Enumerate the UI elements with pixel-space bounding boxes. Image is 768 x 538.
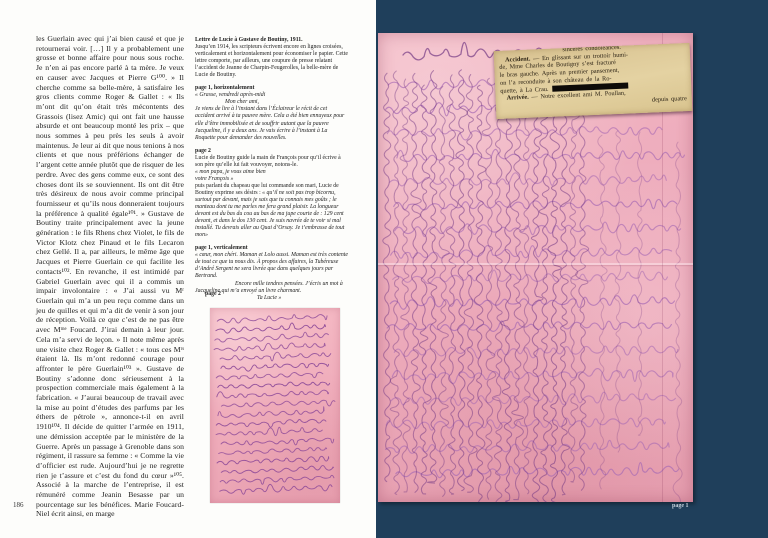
paper-crease	[378, 263, 693, 265]
caption-section-header: page 1, verticalement	[195, 245, 348, 252]
caption-column: Lettre de Lucie à Gustave de Boutiny, 19…	[195, 37, 348, 302]
caption-title: Lettre de Lucie à Gustave de Boutiny, 19…	[195, 37, 348, 44]
figure-label-page1: page 1	[672, 503, 689, 509]
caption-intro: Jusqu’en 1914, les scripteurs écrivent e…	[195, 44, 348, 79]
letter-page1-image: sincères condoléances.Accident. — En gli…	[378, 33, 693, 502]
book-spread: les Guerlain avec qui j’ai bien causé et…	[0, 0, 768, 538]
figure-label-page2: page 2	[205, 291, 221, 297]
page-number: 186	[13, 501, 24, 509]
letter-page2-image	[210, 308, 340, 503]
handwriting-scribbles-small	[208, 307, 342, 505]
photo-page: sincères condoléances.Accident. — En gli…	[376, 0, 768, 538]
newspaper-clipping: sincères condoléances.Accident. — En gli…	[494, 43, 693, 119]
caption-sections: page 1, horizontalement« Grasse, vendred…	[195, 85, 348, 301]
caption-section-header: page 2	[195, 148, 348, 155]
body-text-column: les Guerlain avec qui j’ai bien causé et…	[36, 34, 184, 519]
caption-section-header: page 1, horizontalement	[195, 85, 348, 92]
